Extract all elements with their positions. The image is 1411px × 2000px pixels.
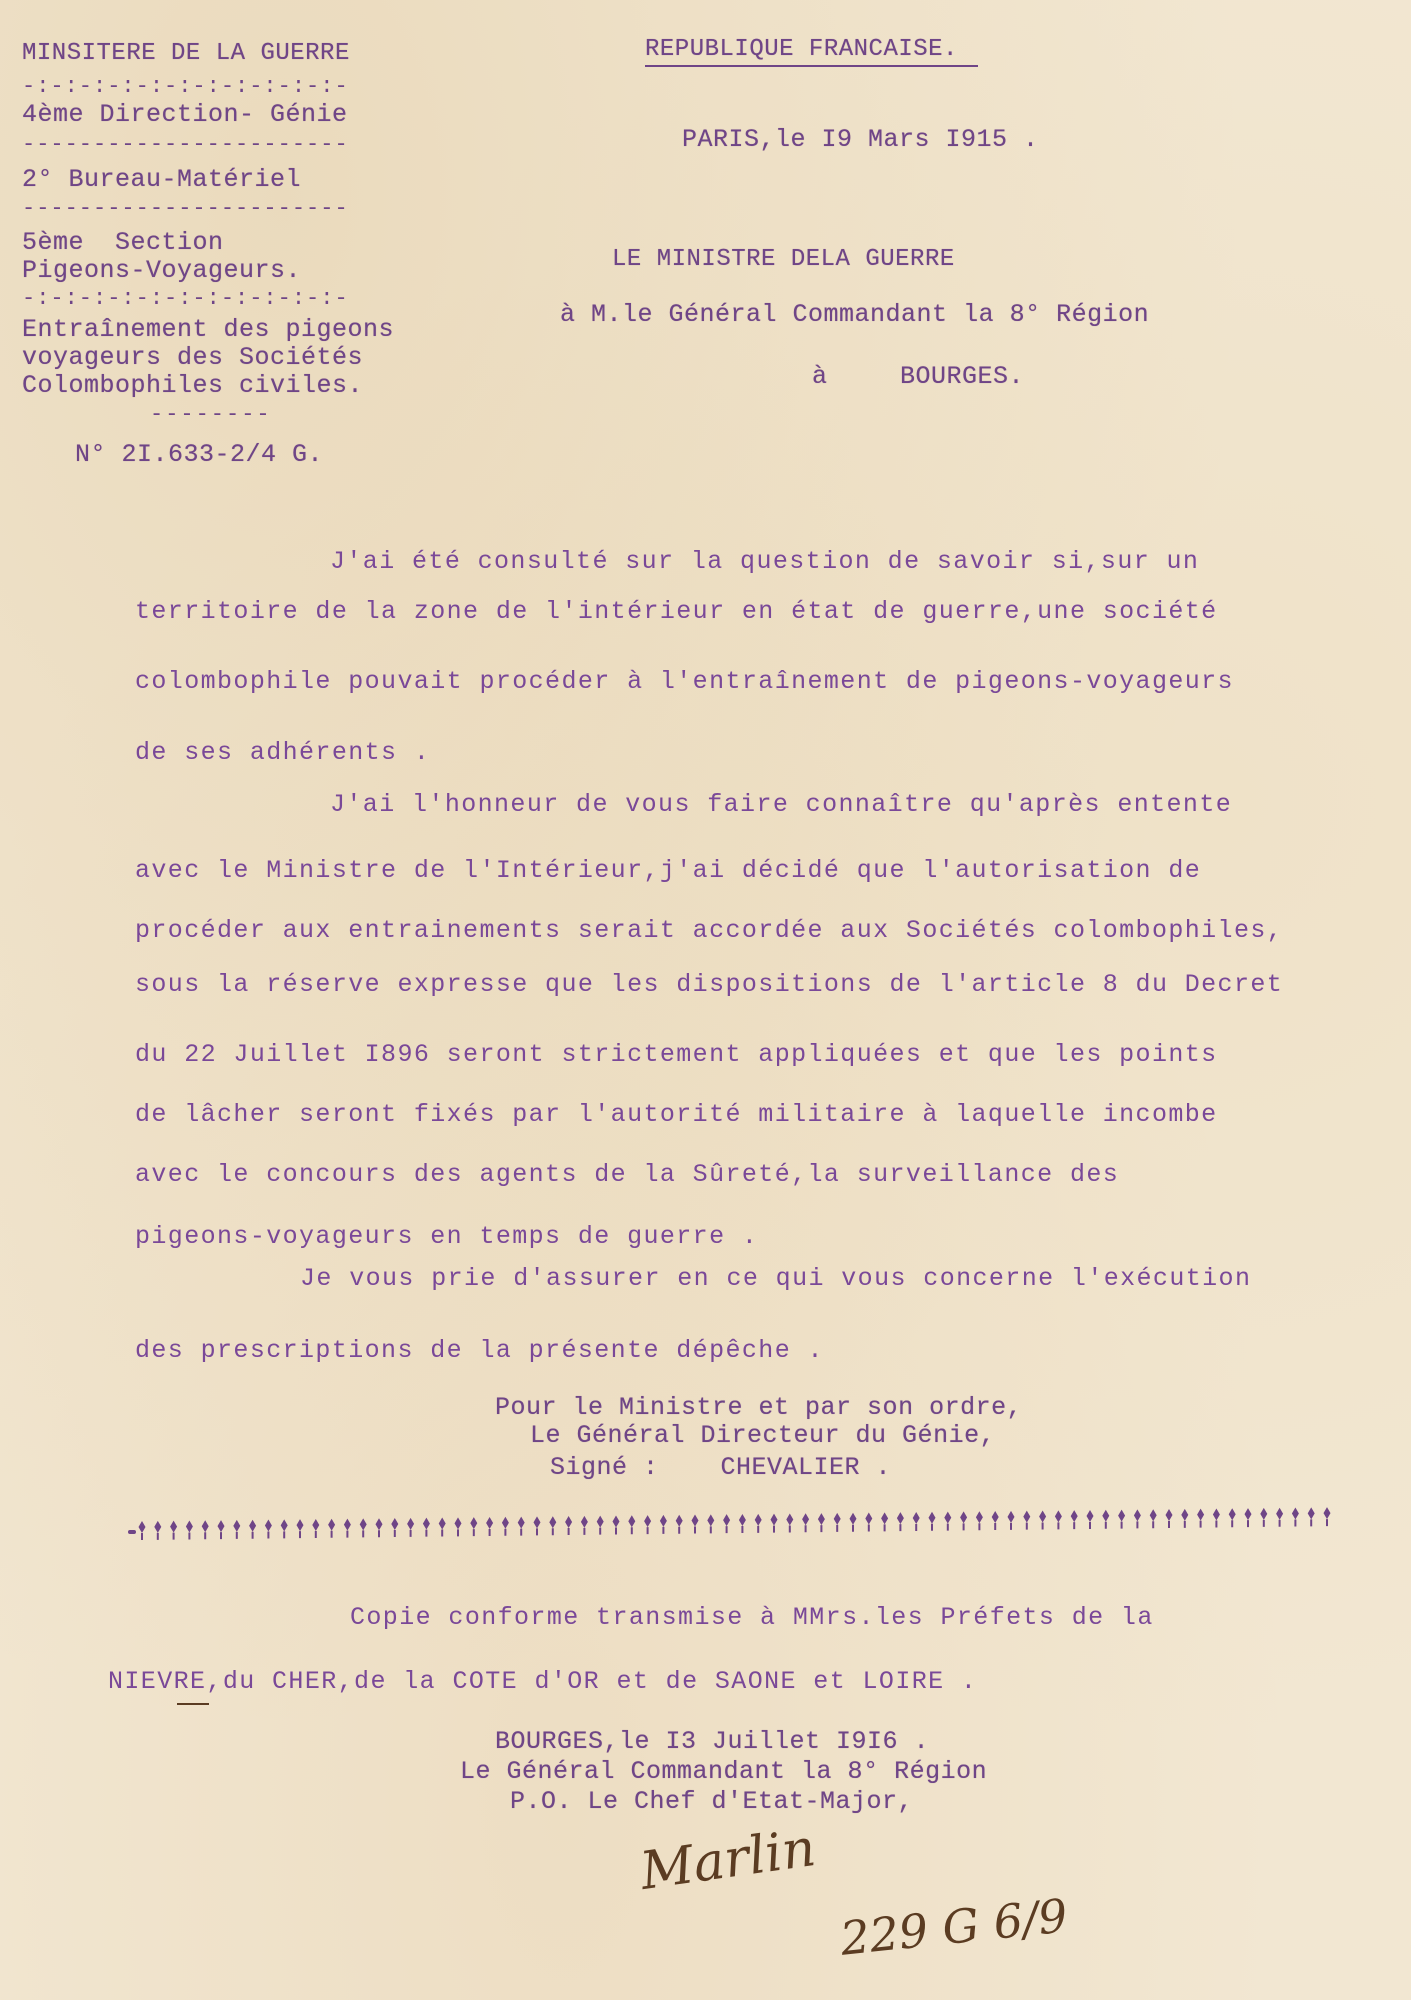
direction-label: 4ème Direction- Génie [22,100,348,129]
republic-heading: REPUBLIQUE FRANCAISE. [645,36,978,67]
body-line: J'ai été consulté sur la question de sav… [330,547,1199,576]
handwritten-signature: Marlin [637,1818,819,1902]
recipient-line: à M.le Général Commandant la 8° Région [560,300,1149,329]
body-line: territoire de la zone de l'intérieur en … [135,597,1218,626]
signature-line: Pour le Ministre et par son ordre, [495,1393,1022,1422]
handwritten-underline [177,1703,209,1705]
separator: ----------------------- [22,132,349,157]
destination-prefix: à [812,362,828,391]
section-name: Pigeons-Voyageurs. [22,256,301,285]
reference-number: N° 2I.633-2/4 G. [75,440,323,469]
body-line: de ses adhérents . [135,738,430,767]
body-line: du 22 Juillet I896 seront strictement ap… [135,1040,1218,1069]
subject-line: Entraînement des pigeons [22,315,394,344]
endorsement-delegation: P.O. Le Chef d'Etat-Major, [510,1787,913,1816]
ornamental-separator [128,1500,1348,1550]
handwritten-annotation: 229 G 6/9 [838,1888,1070,1966]
body-line: de lâcher seront fixés par l'autorité mi… [135,1100,1218,1129]
body-line: pigeons-voyageurs en temps de guerre . [135,1222,758,1251]
body-line: avec le Ministre de l'Intérieur,j'ai déc… [135,856,1201,885]
body-line: des prescriptions de la présente dépêche… [135,1336,824,1365]
body-line: avec le concours des agents de la Sûreté… [135,1160,1119,1189]
body-line: colombophile pouvait procéder à l'entraî… [135,667,1234,696]
separator: -------- [150,402,272,427]
destination-city: BOURGES. [900,362,1024,391]
section-label: 5ème Section [22,228,224,257]
body-line: Je vous prie d'assurer en ce qui vous co… [300,1264,1251,1293]
ministry-heading: MINSITERE DE LA GUERRE [22,40,350,67]
endorsement-title: Le Général Commandant la 8° Région [460,1757,987,1786]
endorsement-place-date: BOURGES,le I3 Juillet I9I6 . [495,1727,929,1756]
separator: -:-:-:-:-:-:-:-:-:-:-:- [22,286,349,311]
separator: ----------------------- [22,196,349,221]
separator: -:-:-:-:-:-:-:-:-:-:-:- [22,74,349,99]
body-line: sous la réserve expresse que les disposi… [135,970,1283,999]
copy-line: Copie conforme transmise à MMrs.les Préf… [350,1603,1154,1632]
body-line: procéder aux entrainements serait accord… [135,916,1283,945]
signed-name: Signé : CHEVALIER . [550,1453,891,1482]
signature-line: Le Général Directeur du Génie, [530,1421,995,1450]
subject-line: Colombophiles civiles. [22,371,363,400]
sender-title: LE MINISTRE DELA GUERRE [612,246,955,273]
body-line: J'ai l'honneur de vous faire connaître q… [330,790,1232,819]
copy-line: NIEVRE,du CHER,de la COTE d'OR et de SAO… [108,1667,977,1696]
bureau-label: 2° Bureau-Matériel [22,165,301,194]
subject-line: voyageurs des Sociétés [22,343,363,372]
place-date: PARIS,le I9 Mars I915 . [682,125,1039,154]
